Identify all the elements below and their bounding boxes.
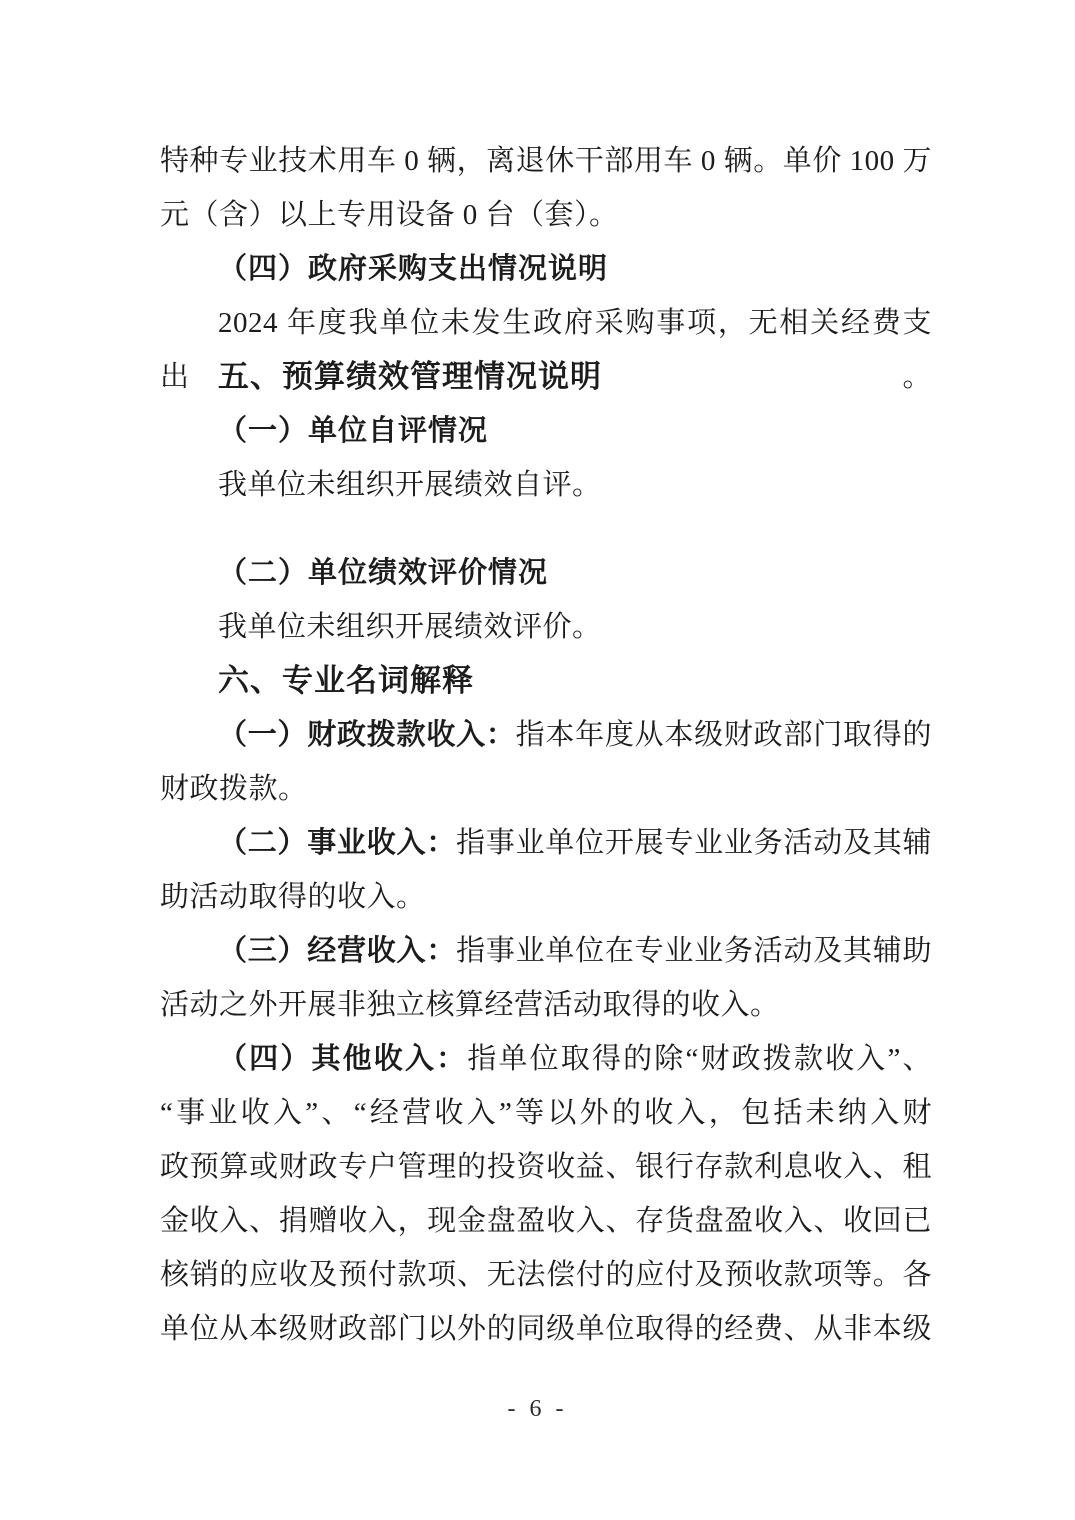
body-text-line: 财政拨款。 bbox=[160, 762, 932, 816]
blank-line bbox=[160, 512, 932, 546]
page-number: - 6 - bbox=[0, 1396, 1075, 1423]
body-text-line: 核销的应收及预付款项、无法偿付的应付及预收款项等。各 bbox=[160, 1248, 932, 1302]
section-heading: 六、专业名词解释 bbox=[160, 654, 932, 708]
term-definition-line: （二）事业收入：指事业单位开展专业业务活动及其辅 bbox=[160, 816, 932, 870]
body-text-line: 元（含）以上专用设备 0 台（套）。 bbox=[160, 188, 932, 242]
body-text-line: 助活动取得的收入。 bbox=[160, 870, 932, 924]
term-name: （二）事业收入： bbox=[218, 827, 456, 859]
body-text-line: 特种专业技术用车 0 辆，离退休干部用车 0 辆。单价 100 万 bbox=[160, 134, 932, 188]
body-text-line: 政预算或财政专户管理的投资收益、银行存款利息收入、租 bbox=[160, 1140, 932, 1194]
term-description: 指单位取得的除“财政拨款收入”、 bbox=[467, 1043, 932, 1075]
document-lines: 特种专业技术用车 0 辆，离退休干部用车 0 辆。单价 100 万元（含）以上专… bbox=[160, 134, 932, 1356]
body-text-line: 单位从本级财政部门以外的同级单位取得的经费、从非本级 bbox=[160, 1302, 932, 1356]
body-text-line: 2024 年度我单位未发生政府采购事项，无相关经费支出。 bbox=[160, 296, 932, 350]
subsection-heading: （二）单位绩效评价情况 bbox=[160, 546, 932, 600]
subsection-heading: （四）政府采购支出情况说明 bbox=[160, 242, 932, 296]
term-description: 指本年度从本级财政部门取得的 bbox=[516, 719, 932, 751]
subsection-heading: （一）单位自评情况 bbox=[160, 404, 932, 458]
term-name: （四）其他收入： bbox=[218, 1043, 467, 1075]
term-definition-line: （四）其他收入：指单位取得的除“财政拨款收入”、 bbox=[160, 1032, 932, 1086]
body-text-line: 我单位未组织开展绩效评价。 bbox=[160, 600, 932, 654]
term-definition-line: （一）财政拨款收入：指本年度从本级财政部门取得的 bbox=[160, 708, 932, 762]
term-name: （三）经营收入： bbox=[218, 935, 456, 967]
body-text-line: 我单位未组织开展绩效自评。 bbox=[160, 458, 932, 512]
term-name: （一）财政拨款收入： bbox=[218, 719, 516, 751]
document-page: 特种专业技术用车 0 辆，离退休干部用车 0 辆。单价 100 万元（含）以上专… bbox=[0, 0, 1075, 1520]
term-description: 指事业单位在专业业务活动及其辅助 bbox=[456, 935, 932, 967]
body-text-line: 活动之外开展非独立核算经营活动取得的收入。 bbox=[160, 978, 932, 1032]
body-text-line: 金收入、捐赠收入，现金盘盈收入、存货盘盈收入、收回已 bbox=[160, 1194, 932, 1248]
body-text-line: “事业收入”、“经营收入”等以外的收入，包括未纳入财 bbox=[160, 1086, 932, 1140]
term-definition-line: （三）经营收入：指事业单位在专业业务活动及其辅助 bbox=[160, 924, 932, 978]
term-description: 指事业单位开展专业业务活动及其辅 bbox=[456, 827, 932, 859]
